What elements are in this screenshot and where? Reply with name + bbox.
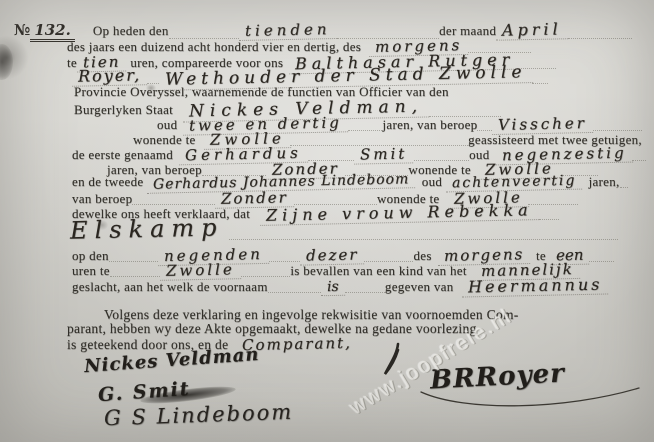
blank-rule	[620, 187, 628, 188]
printed-text: oud	[422, 174, 442, 190]
scanned-birth-record: № 132. Op heden den tienden der maand Ap…	[0, 0, 654, 442]
blank-rule	[632, 160, 646, 161]
handwritten-is: is	[321, 279, 345, 296]
handwritten-mother-surname: Elskamp	[64, 213, 230, 244]
printed-text: gegeven van	[385, 279, 454, 295]
form-line-mother-surname: Elskamp	[64, 215, 618, 243]
printed-text: jaren,	[589, 174, 620, 190]
signature-flourish	[415, 384, 645, 414]
blank-rule	[229, 239, 618, 240]
paper-stain	[0, 44, 13, 80]
signature-witness-2: G S Lindeboom	[104, 400, 294, 431]
signature-witness-1: G. Smit	[97, 378, 191, 406]
blank-rule	[268, 292, 321, 293]
document-number-label: №	[14, 21, 30, 39]
handwritten-child-name: Heermannus	[461, 274, 608, 297]
blank-rule	[345, 292, 385, 293]
printed-text: en de tweede	[72, 174, 143, 190]
printed-text: geslacht, aan het welk de voornaam	[72, 279, 268, 295]
form-line-childname: geslacht, aan het welk de voornaam is ge…	[72, 276, 648, 296]
